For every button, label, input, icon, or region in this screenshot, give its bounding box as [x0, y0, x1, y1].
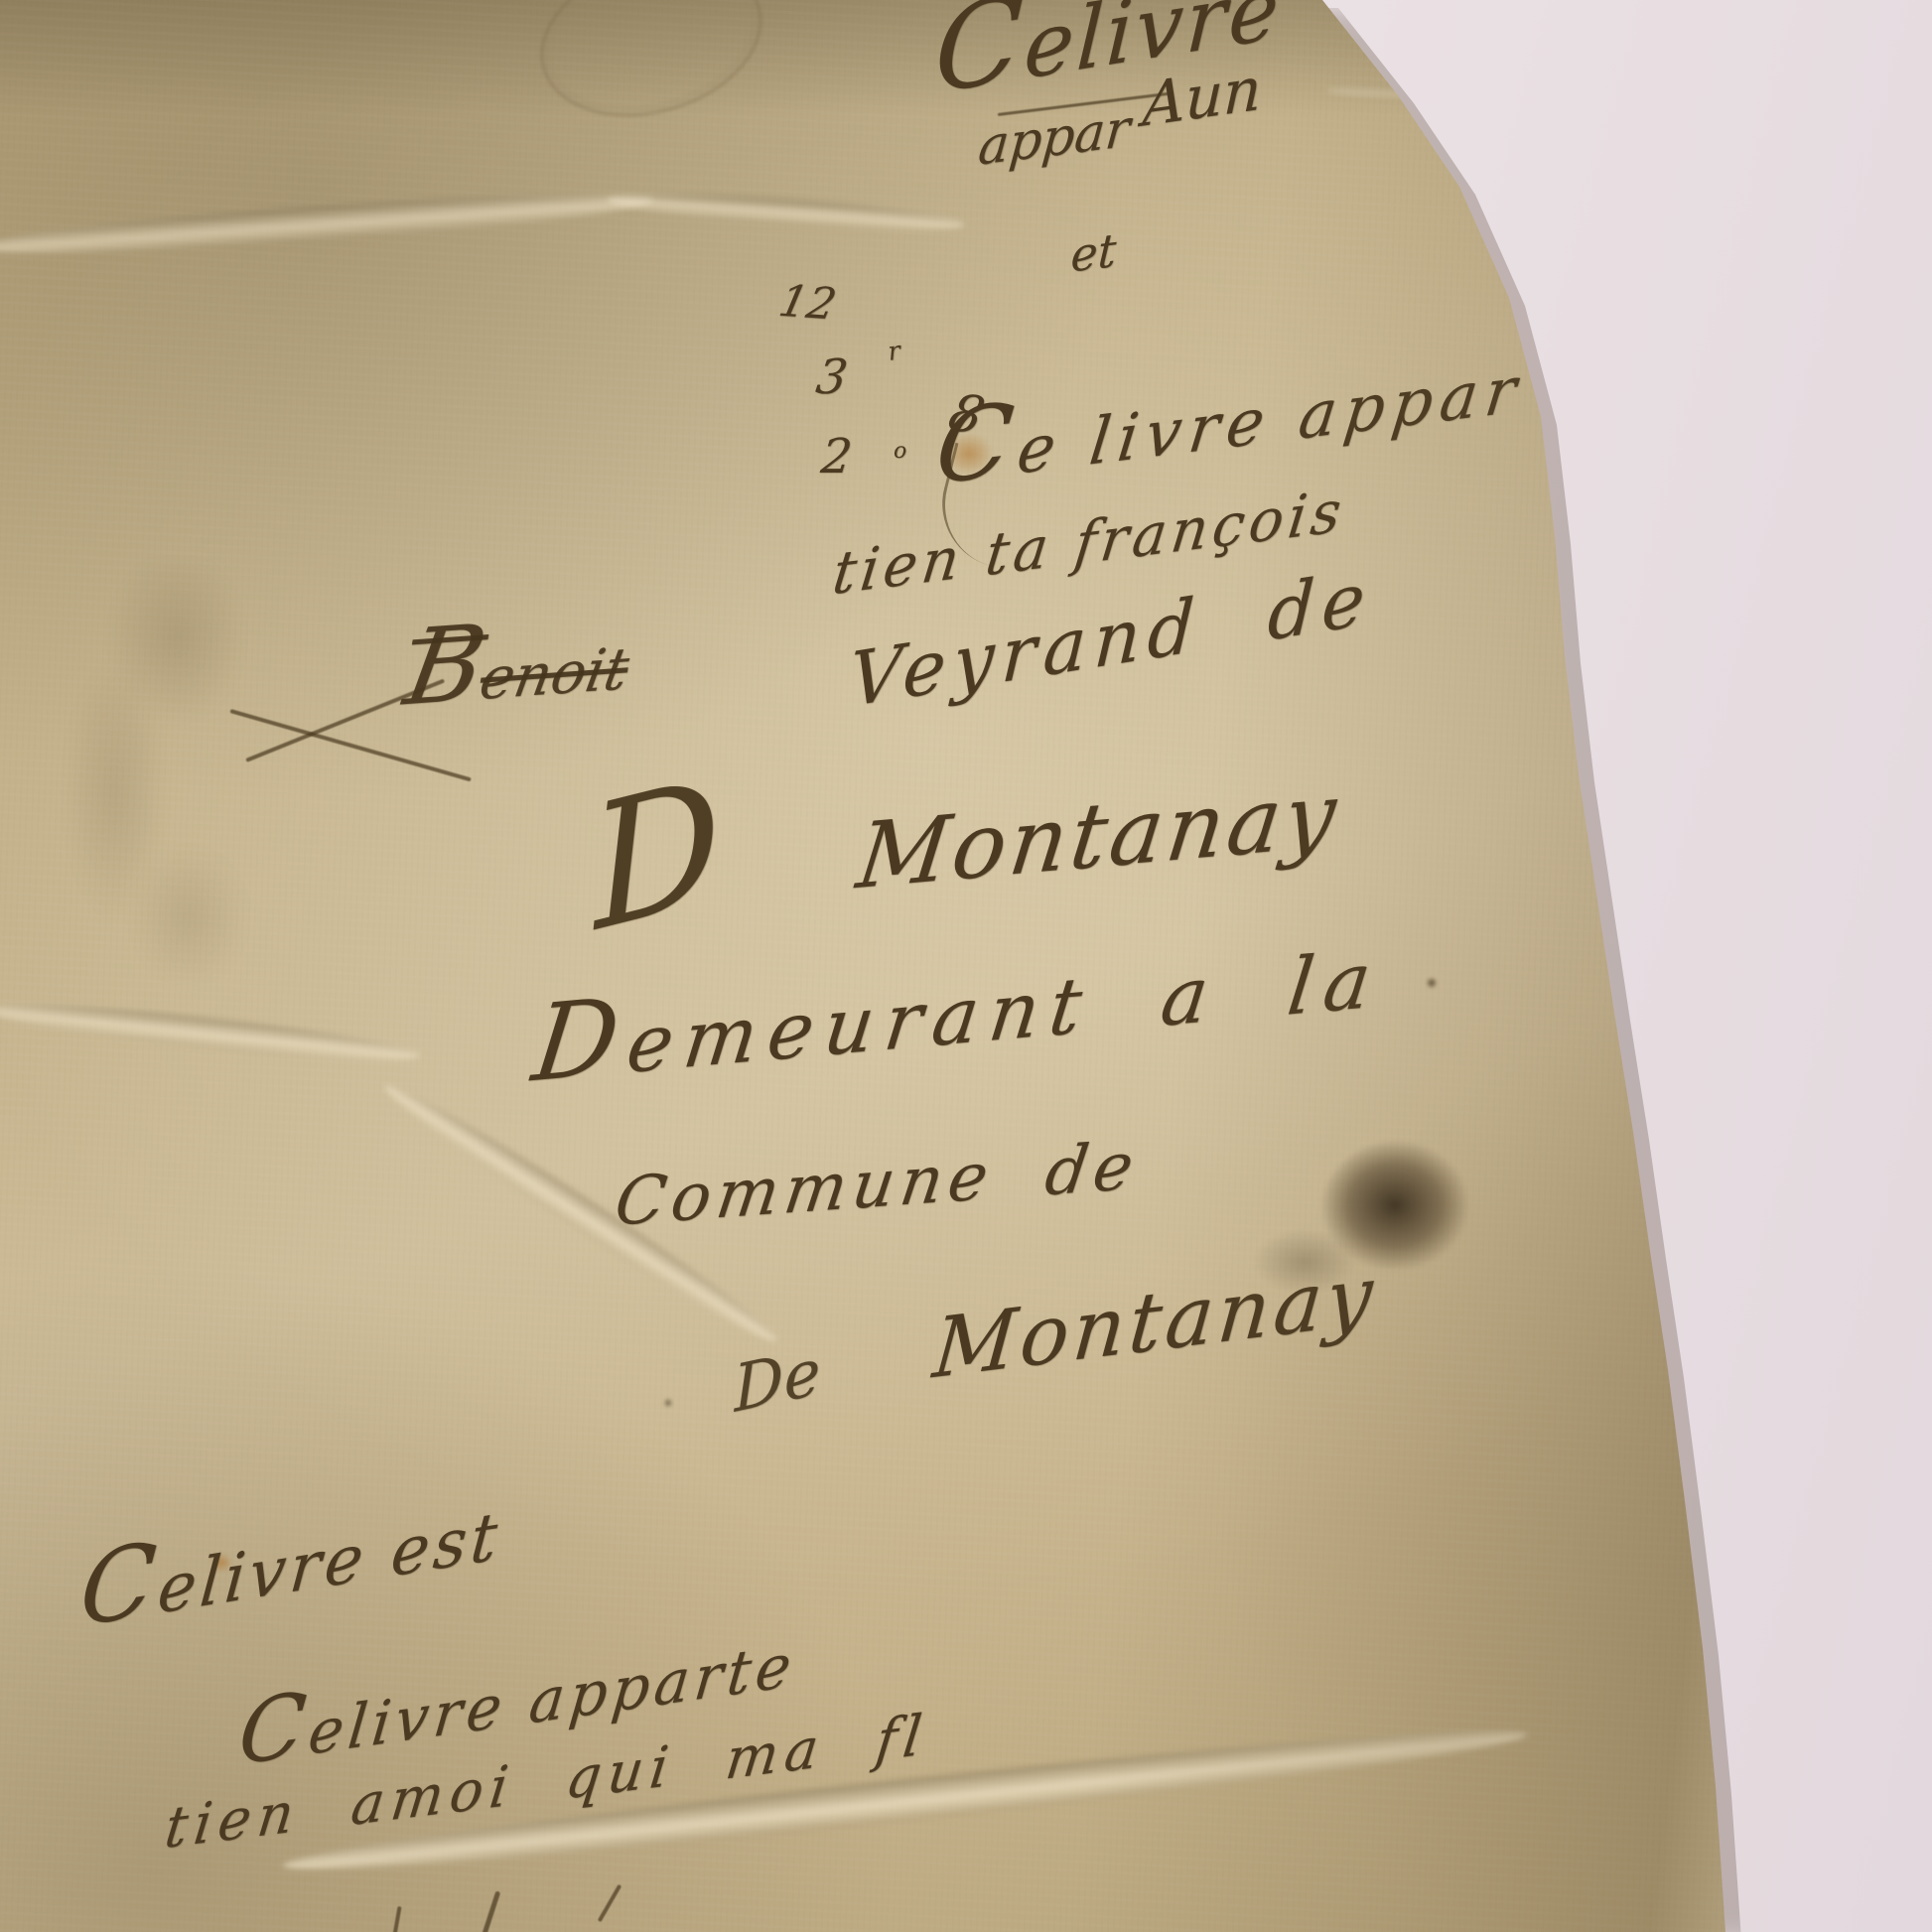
manuscript-photo: Celivre appar Aun 12 3 r 2 o 8 et Benoit… — [0, 0, 1932, 1932]
